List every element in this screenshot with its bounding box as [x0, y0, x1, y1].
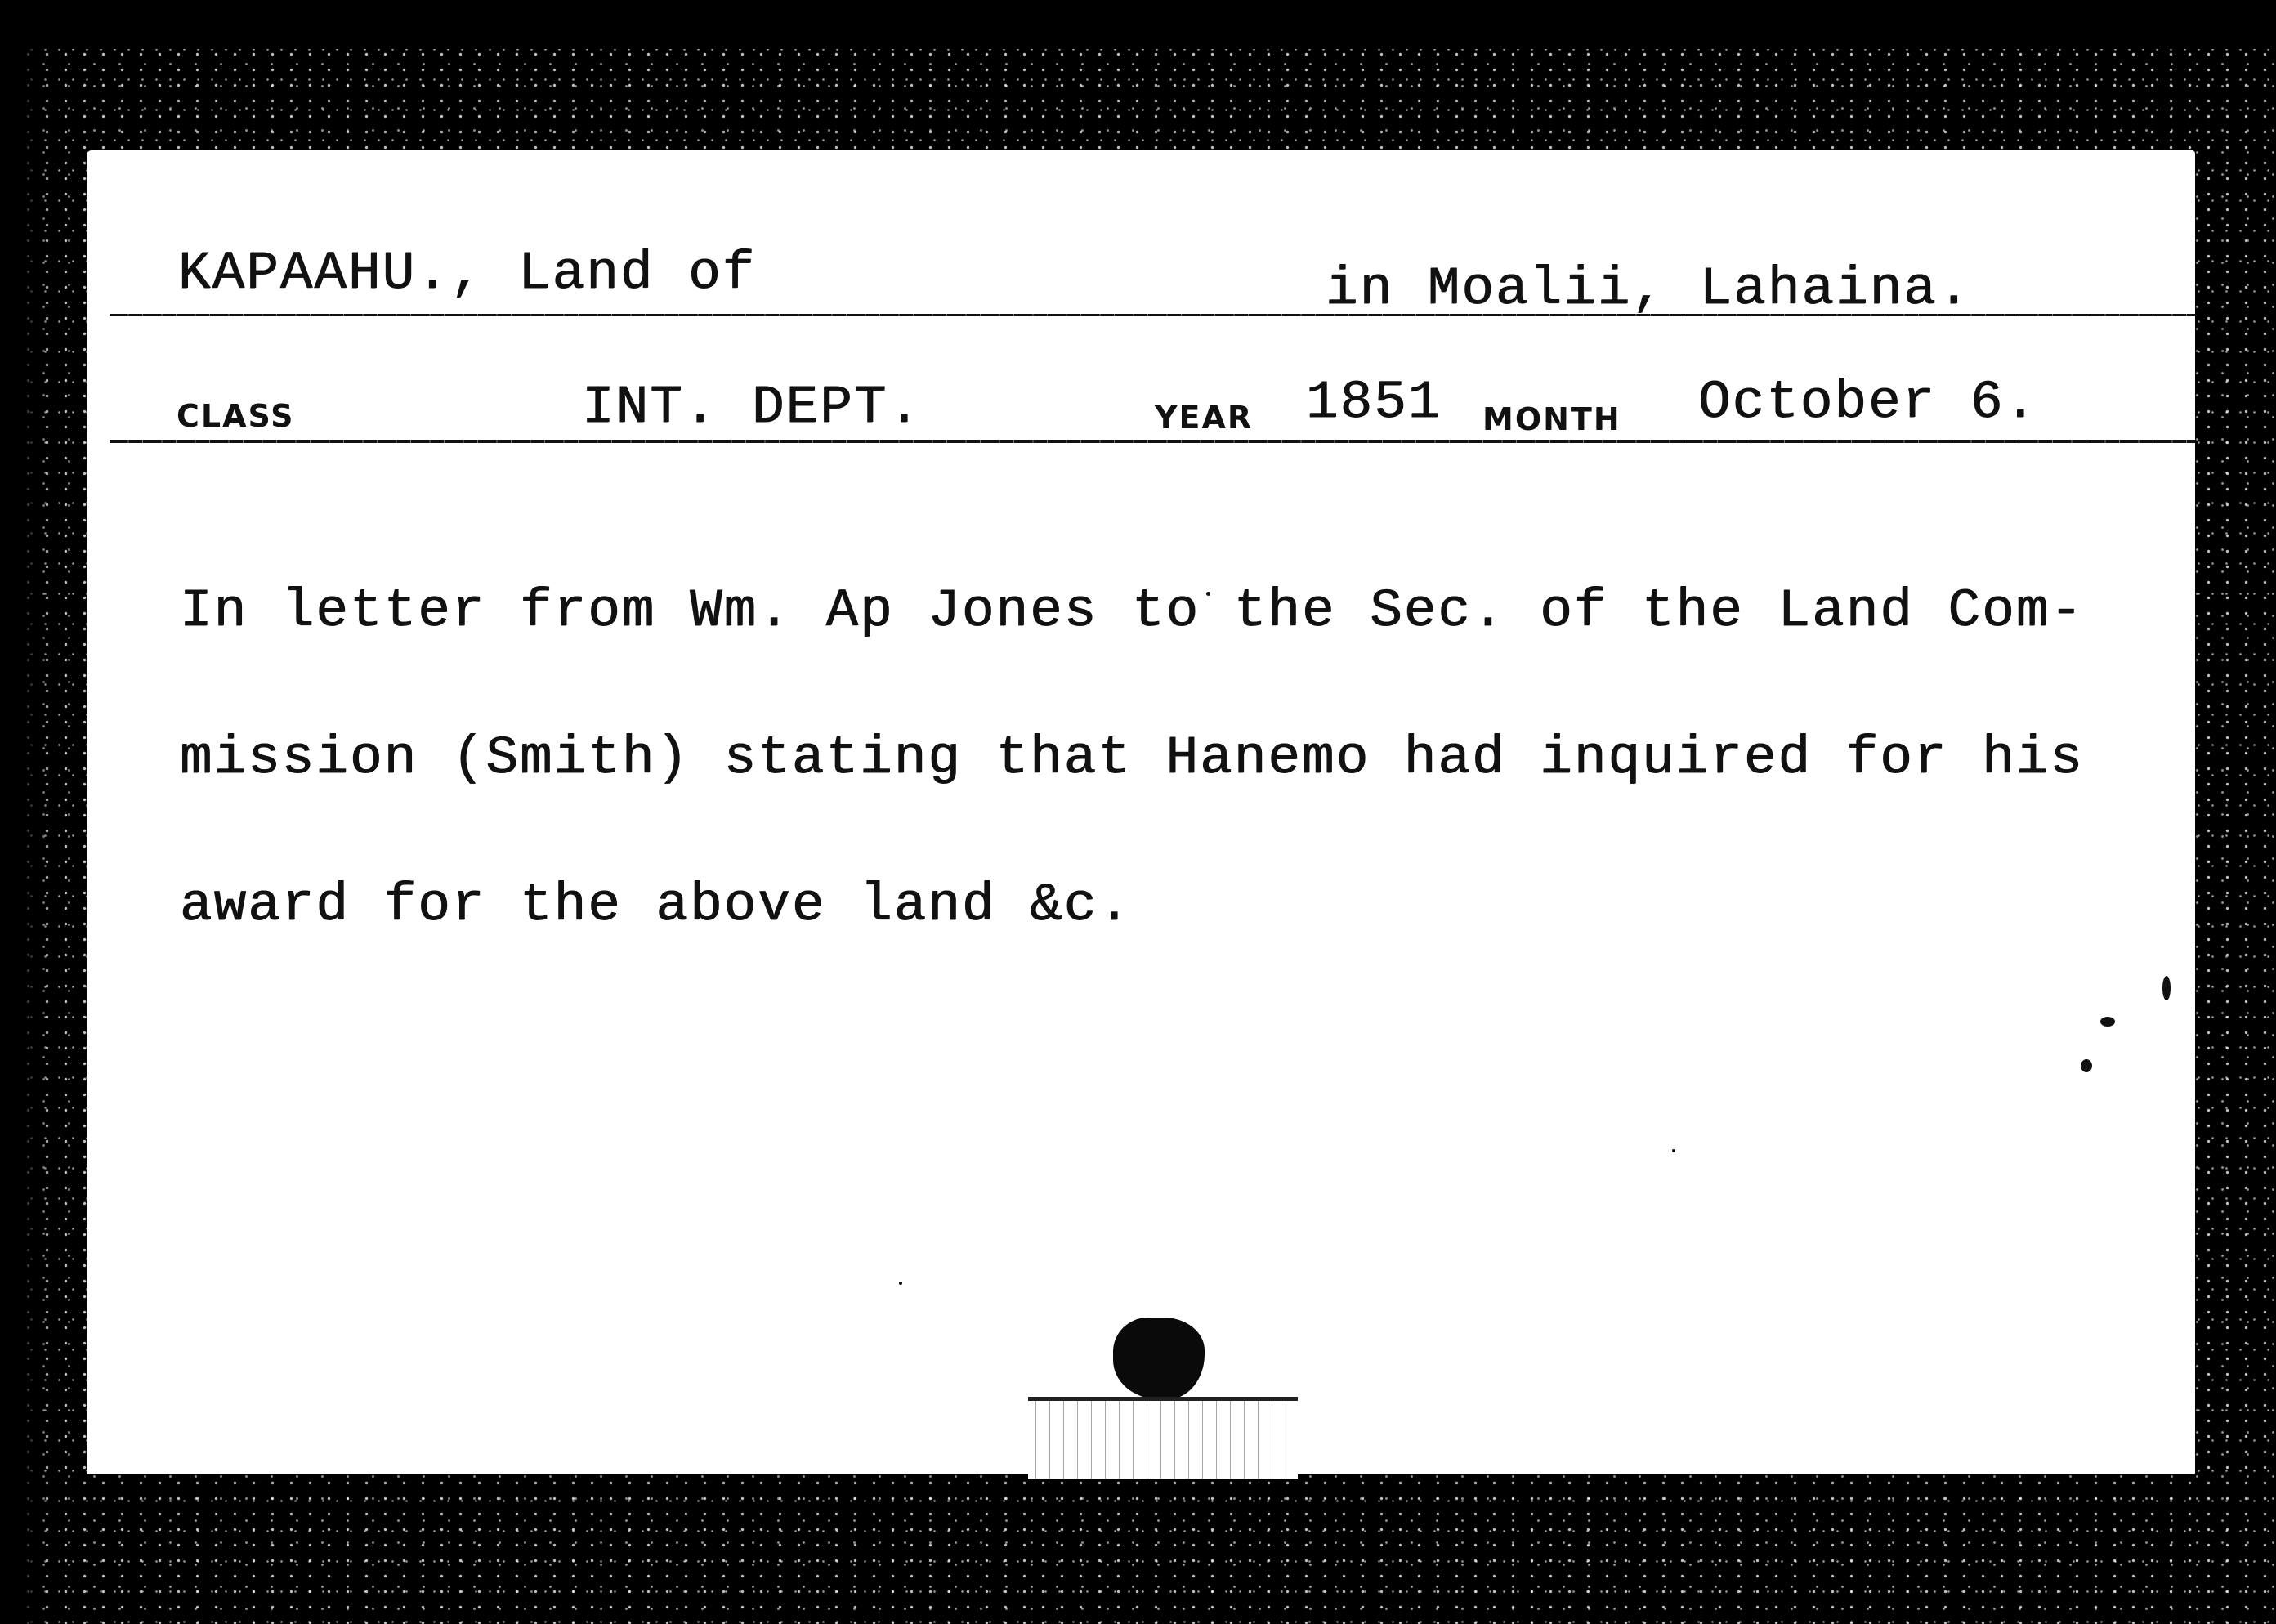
card-body: In letter from Wm. Ap Jones to the Sec. …: [180, 489, 2174, 1028]
year-value: 1851: [1306, 376, 1442, 430]
scan-border-top: [0, 0, 2276, 49]
ink-speck: [899, 1282, 902, 1285]
body-line: mission (Smith) stating that Hanemo had …: [180, 734, 2174, 783]
year-label: YEAR: [1155, 402, 1253, 433]
card-tab-remnant: [1028, 1397, 1298, 1479]
ink-speck: [2162, 976, 2171, 1000]
body-line: award for the above land &c.: [180, 881, 2174, 930]
month-label: MONTH: [1482, 404, 1621, 435]
scan-border-left: [0, 0, 49, 1624]
ink-speck: [1206, 592, 1210, 596]
class-value: INT. DEPT.: [582, 381, 922, 435]
ink-speck: [2081, 1059, 2092, 1072]
month-value: October 6.: [1698, 376, 2038, 430]
ink-speck: [1672, 1149, 1675, 1152]
land-title: KAPAAHU., Land of: [178, 247, 756, 301]
class-rule: [110, 440, 2195, 443]
title-rule: [110, 314, 2195, 316]
class-label: CLASS: [177, 400, 295, 432]
land-location: in Moalii, Lahaina.: [1326, 262, 1972, 316]
index-card: KAPAAHU., Land of in Moalii, Lahaina. CL…: [87, 150, 2195, 1474]
body-line: In letter from Wm. Ap Jones to the Sec. …: [180, 587, 2174, 636]
ink-blot: [1113, 1318, 1205, 1399]
ink-speck: [2100, 1017, 2115, 1027]
